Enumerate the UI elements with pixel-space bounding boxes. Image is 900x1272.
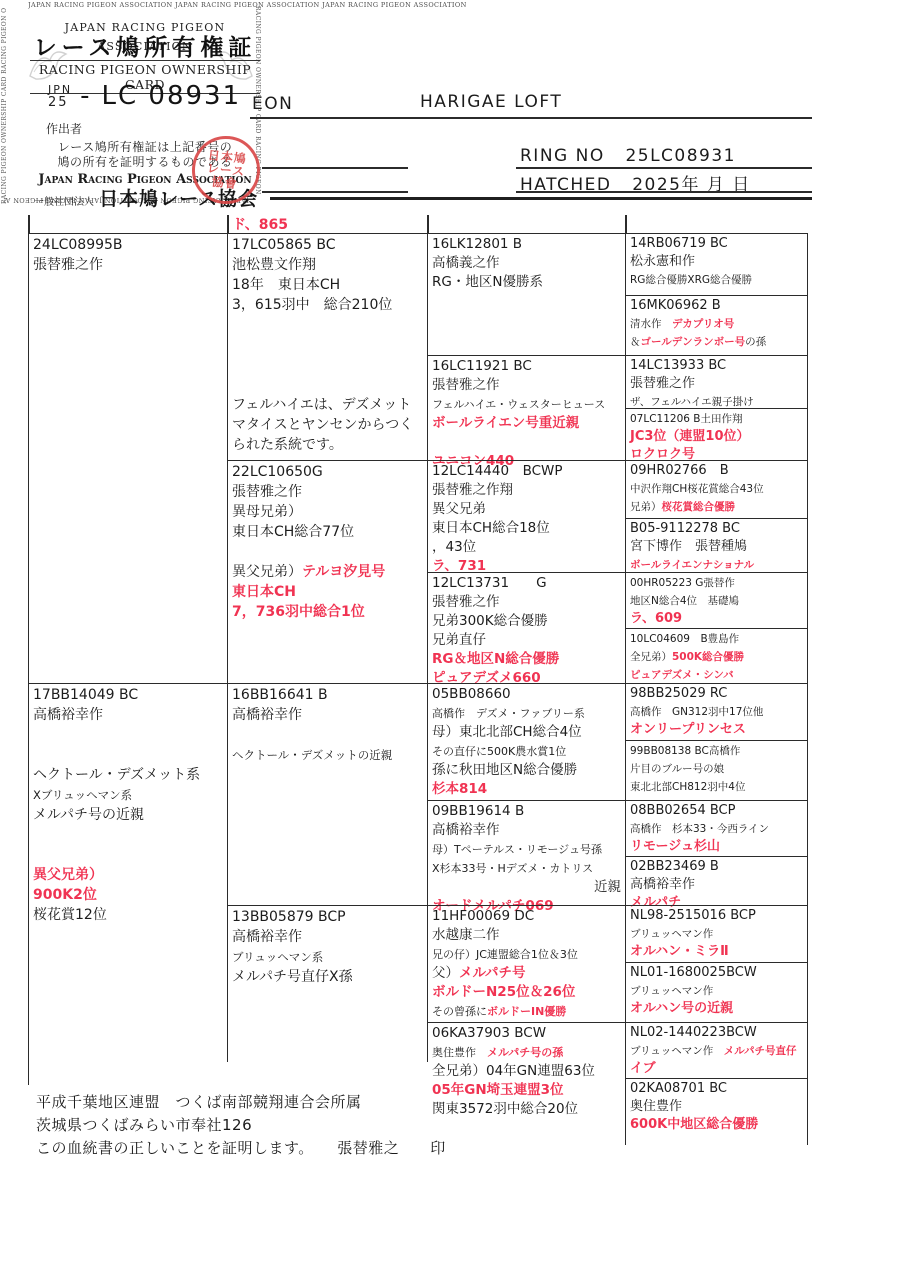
pedigree-cell-08BB02654: 08BB02654 BCP高橋作 杉本33・今西ラインリモージュ杉山 (625, 800, 808, 856)
pedigree-line: 水越康二作 (432, 926, 621, 945)
pedigree-line: 張替雅之作翔 (432, 481, 621, 500)
pedigree-line: 18年 東日本CH (232, 275, 423, 295)
pedigree-line: 全兄弟）500K総合優勝 (630, 648, 803, 666)
pedigree-text: 張替雅之作翔 (432, 482, 513, 498)
pedigree-text: ブリュッヘマン作 (630, 985, 713, 997)
pedigree-line: 10LC04609 B豊島作 (630, 630, 803, 648)
pedigree-line: 兄の仔）JC連盟総合1位＆3位 (432, 945, 621, 964)
pedigree-text: 高橋裕幸作 (33, 707, 103, 723)
pedigree-text: 99BB08138 BC高橋作 (630, 745, 740, 757)
pedigree-text: 98BB25029 RC (630, 686, 727, 701)
pedigree-text: X杉本33号・Hデズメ・カトリス (432, 862, 593, 875)
pedigree-line: 00HR05223 G張替作 (630, 574, 803, 592)
pedigree-line: 張替雅之作 (432, 593, 621, 612)
pedigree-cell-00HR05223: 00HR05223 G張替作地区N総合4位 基礎鳩ラ、609 (625, 572, 808, 628)
pedigree-line: X杉本33号・Hデズメ・カトリス (432, 859, 621, 878)
pedigree-line: 09HR02766 B (630, 462, 803, 480)
pedigree-certificate-page: JAPAN RACING PIGEON ASSOCIATION JAPAN RA… (0, 0, 900, 1272)
pedigree-text: 地区N総合4位 基礎鳩 (630, 595, 739, 607)
pedigree-text: 高橋裕幸作 (630, 877, 695, 892)
pedigree-line: 全兄弟）04年GN連盟63位 (432, 1062, 621, 1081)
pedigree-line: 08BB02654 BCP (630, 802, 803, 820)
pedigree-text: ，43位 (432, 539, 476, 555)
pedigree-cell-17LC05865: 17LC05865 BC池松豊文作翔18年 東日本CH3，615羽中 総合210… (227, 233, 427, 460)
pedigree-line (232, 315, 423, 335)
strip-border-1 (28, 215, 30, 233)
pedigree-line: 東北北部CH812羽中4位 (630, 778, 803, 796)
pedigree-text: RG・地区N優勝系 (432, 274, 543, 290)
pedigree-line: 池松豊文作翔 (232, 255, 423, 275)
pedigree-text: ブリュッヘマン作 (630, 1045, 724, 1057)
pedigree-line: オルハン号の近親 (630, 1000, 803, 1018)
pedigree-text: メルパチ号直仔X孫 (232, 969, 353, 985)
pedigree-line: ブリュッヘマン作 メルパチ号直仔 (630, 1042, 803, 1060)
pedigree-line: 高橋作 GN312羽中17位他 (630, 703, 803, 721)
strip-overflow-text: ド、865 (232, 214, 288, 234)
strip-border-3 (427, 215, 429, 233)
pedigree-line: 異父兄弟）テルヨ汐見号 (232, 562, 423, 582)
pedigree-cell-12LC14440: 12LC14440 BCWP張替雅之作翔異父兄弟東日本CH総合18位，43位ラ、… (427, 460, 625, 572)
pedigree-line: 奥住豊作 メルパチ号の孫 (432, 1043, 621, 1062)
pedigree-cell-12LC13731: 12LC13731 G張替雅之作兄弟300K総合優勝兄弟直仔RG＆地区N総合優勝… (427, 572, 625, 683)
pedigree-highlight-text: ゴールデンランボー号 (641, 336, 746, 348)
pedigree-text: 3，615羽中 総合210位 (232, 297, 392, 313)
pedigree-line: 02KA08701 BC (630, 1080, 803, 1098)
owner-field-line2 (262, 191, 408, 193)
pedigree-line: 900K2位 (33, 885, 223, 905)
pedigree-cell-16MK06962: 16MK06962 B清水作 デカプリオ号＆ゴールデンランボー号の孫 (625, 295, 808, 355)
pedigree-line: その直仔に500K農水賞1位 (432, 742, 621, 761)
pedigree-line (33, 745, 223, 765)
card-series-number: LC 08931 (102, 84, 242, 108)
pedigree-text: 奥住豊作 (630, 1099, 682, 1114)
pedigree-text: 09HR02766 B (630, 463, 729, 478)
pedigree-line: 05BB08660 (432, 685, 621, 704)
footer-certify-line: この血統書の正しいことを証明します。 張替雅之 印 (36, 1137, 446, 1158)
pedigree-line: 近親 (432, 878, 621, 897)
card-border-left-text: RACING PIGEON OWNERSHIP CARD RACING PIGE… (1, 8, 8, 204)
pedigree-line: 張替雅之作 (33, 255, 223, 275)
pedigree-text: 松永憲和作 (630, 254, 695, 269)
pedigree-cell-02KA08701: 02KA08701 BC奥住豊作600K中地区総合優勝 (625, 1078, 808, 1145)
pedigree-line: 地区N総合4位 基礎鳩 (630, 592, 803, 610)
pedigree-highlight-text: ボルドーN25位＆26位 (432, 984, 575, 1000)
pedigree-line: RG・地区N優勝系 (432, 273, 621, 292)
loft-name: HARIGAE LOFT (420, 92, 562, 112)
pedigree-line: 22LC10650G (232, 462, 423, 482)
card-year: 25 (48, 97, 72, 108)
pedigree-highlight-text: ボールライエンナショナル (630, 559, 754, 571)
pedigree-line: 06KA37903 BCW (432, 1024, 621, 1043)
pedigree-highlight-text: 桜花賞総合優勝 (662, 501, 736, 513)
pedigree-cell-11HF00069: 11HF00069 DC水越康二作兄の仔）JC連盟総合1位＆3位父）メルパチ号ボ… (427, 905, 625, 1022)
pedigree-text: NL02-1440223BCW (630, 1025, 757, 1040)
pedigree-text: 張替雅之作 (232, 484, 302, 500)
pedigree-line: 張替雅之作 (432, 376, 621, 395)
pedigree-line: イブ (630, 1060, 803, 1078)
pigeon-word-partial: EON (252, 94, 293, 114)
pedigree-text: ブリュッヘマン作 (630, 928, 713, 940)
pedigree-text: 17LC05865 BC (232, 237, 336, 253)
pedigree-line: 12LC13731 G (432, 574, 621, 593)
owner-field-line1 (262, 167, 408, 169)
pedigree-text: 片目のブルー号の娘 (630, 763, 724, 775)
pedigree-text: 高橋作 杉本33・今西ライン (630, 823, 769, 835)
pedigree-line: 高橋裕幸作 (232, 705, 423, 725)
pedigree-line: 12LC14440 BCWP (432, 462, 621, 481)
pedigree-line: 片目のブルー号の娘 (630, 760, 803, 778)
pedigree-text: 高橋裕幸作 (432, 822, 500, 838)
pedigree-cell-06KA37903: 06KA37903 BCW奥住豊作 メルパチ号の孫全兄弟）04年GN連盟63位0… (427, 1022, 625, 1062)
pedigree-line: NL02-1440223BCW (630, 1024, 803, 1042)
pedigree-cell-05BB08660: 05BB08660高橋作 デズメ・ファブリー系母）東北北部CH総合4位その直仔に… (427, 683, 625, 800)
pedigree-cell-13BB05879: 13BB05879 BCP高橋裕幸作ブリュッヘマン系メルパチ号直仔X孫 (227, 905, 427, 1062)
pedigree-text: 02BB23469 B (630, 859, 719, 874)
pedigree-cell-07LC11206: 07LC11206 B土田作翔JC3位（連盟10位）ロクロク号 (625, 408, 808, 460)
pedigree-line: 松永憲和作 (630, 253, 803, 271)
ring-no-row: RING NO 25LC08931 (520, 146, 736, 166)
pedigree-text: 高橋義之作 (432, 255, 500, 271)
pedigree-text: 東日本CH総合18位 (432, 520, 550, 536)
pedigree-highlight-text: RG＆地区N総合優勝 (432, 651, 559, 667)
pedigree-highlight-text: テルヨ汐見号 (302, 564, 385, 580)
pedigree-cell-09BB19614: 09BB19614 B高橋裕幸作母）Tペーテルス・リモージュ号孫X杉本33号・H… (427, 800, 625, 905)
pedigree-text: その曾孫に (432, 1005, 487, 1018)
pedigree-line: 14LC13933 BC (630, 357, 803, 375)
card-breeder-label: 作出者 (46, 120, 82, 137)
pedigree-highlight-text: メルパチ号直仔 (724, 1045, 797, 1057)
pedigree-text: 全兄弟）04年GN連盟63位 (432, 1063, 595, 1079)
pedigree-highlight-text: メルパチ号 (459, 965, 526, 981)
pedigree-line: 09BB19614 B (432, 802, 621, 821)
pedigree-text: NL98-2515016 BCP (630, 908, 756, 923)
card-ring-id: JPN 25 - LC 08931 (48, 84, 241, 108)
loft-underline (250, 117, 812, 119)
card-title-jp: レース鳩所有権証 (30, 29, 260, 62)
pedigree-highlight-text: 500K総合優勝 (672, 651, 744, 663)
pedigree-line: 99BB08138 BC高橋作 (630, 742, 803, 760)
pedigree-line (232, 542, 423, 562)
pedigree-line: B05-9112278 BC (630, 520, 803, 538)
pedigree-text: 00HR05223 G張替作 (630, 577, 735, 589)
pedigree-text: 張替雅之作 (432, 377, 500, 393)
pedigree-cell-14RB06719: 14RB06719 BC松永憲和作RG総合優勝XRG総合優勝 (625, 233, 808, 295)
pedigree-text: 高橋作 デズメ・ファブリー系 (432, 707, 585, 720)
pedigree-line: 高橋裕幸作 (33, 705, 223, 725)
pedigree-cell-17BB14049: 17BB14049 BC高橋裕幸作 ヘクトール・デズメット系Xブリュッヘマン系メ… (28, 683, 227, 1085)
pedigree-line: 16BB16641 B (232, 685, 423, 705)
pedigree-line: 05年GN埼玉連盟3位 (432, 1081, 621, 1100)
pedigree-text: 兄弟300K総合優勝 (432, 613, 548, 629)
pedigree-line: ボルドーN25位＆26位 (432, 983, 621, 1002)
pedigree-text: 02KA08701 BC (630, 1081, 727, 1096)
pedigree-line: 張替雅之作 (630, 375, 803, 393)
pedigree-highlight-text: イブ (630, 1061, 656, 1076)
pedigree-text: ブリュッヘマン系 (232, 950, 323, 964)
pedigree-highlight-text: ラ、609 (630, 611, 682, 626)
card-id-dash: - (80, 84, 91, 108)
ring-no-label: RING NO (520, 146, 605, 166)
pedigree-text: ヘクトール・デズメット系 (33, 767, 200, 783)
pedigree-highlight-text: JC3位（連盟10位） (630, 429, 750, 444)
pedigree-highlight-text: 900K2位 (33, 887, 97, 903)
pedigree-highlight-text: 05年GN埼玉連盟3位 (432, 1082, 564, 1098)
header-divider-line (270, 197, 812, 200)
pedigree-line: 兄弟300K総合優勝 (432, 612, 621, 631)
pedigree-cell-NL98-2515016: NL98-2515016 BCPブリュッヘマン作オルハン・ミラⅡ (625, 905, 808, 962)
pedigree-line: 11HF00069 DC (432, 907, 621, 926)
pedigree-text: 母）東北北部CH総合4位 (432, 724, 582, 740)
hatched-underline (516, 191, 812, 193)
pedigree-text: B05-9112278 BC (630, 521, 740, 536)
pedigree-text: 水越康二作 (432, 927, 500, 943)
pedigree-text: 張替雅之作 (630, 376, 695, 391)
pedigree-line: 07LC11206 B土田作翔 (630, 410, 803, 428)
pedigree-line: 高橋裕幸作 (630, 876, 803, 894)
pedigree-line: 桜花賞12位 (33, 905, 223, 925)
pedigree-cell-NL02-1440223: NL02-1440223BCWブリュッヘマン作 メルパチ号直仔イブ (625, 1022, 808, 1078)
footer-federation-line: 平成千葉地区連盟 つくば南部競翔連合会所属 (36, 1091, 362, 1112)
pedigree-line: 13BB05879 BCP (232, 907, 423, 927)
pedigree-cell-09HR02766: 09HR02766 B中沢作翔CH桜花賞総合43位兄弟）桜花賞総合優勝 (625, 460, 808, 518)
pedigree-line: ，43位 (432, 538, 621, 557)
pedigree-line: Xブリュッヘマン系 (33, 785, 223, 805)
pedigree-line: 中沢作翔CH桜花賞総合43位 (630, 480, 803, 498)
pedigree-text: ＆ (630, 336, 641, 348)
pedigree-text: 異母兄弟） (232, 504, 302, 520)
pedigree-highlight-text: デカプリオ号 (672, 318, 734, 330)
pedigree-cell-16LC11921: 16LC11921 BC張替雅之作フェルハイエ・ウェスターヒュースボールライエン… (427, 355, 625, 460)
pedigree-line (232, 355, 423, 375)
pedigree-text: 16LK12801 B (432, 236, 522, 252)
pedigree-highlight-text: 杉本814 (432, 781, 487, 797)
pedigree-line: 高橋裕幸作 (432, 821, 621, 840)
pedigree-highlight-text: 600K中地区総合優勝 (630, 1117, 758, 1132)
pedigree-line: メルパチ号直仔X孫 (232, 967, 423, 987)
pedigree-line: オルハン・ミラⅡ (630, 943, 803, 961)
pedigree-line (33, 845, 223, 865)
pedigree-text: 東北北部CH812羽中4位 (630, 781, 745, 793)
pedigree-cell-99BB08138: 99BB08138 BC高橋作片目のブルー号の娘東北北部CH812羽中4位 (625, 740, 808, 800)
pedigree-text: 父） (432, 965, 459, 981)
pedigree-line: 兄弟直仔 (432, 631, 621, 650)
pedigree-text: フェルハイエ・ウェスターヒュース (432, 398, 605, 411)
pedigree-line: 高橋裕幸作 (232, 927, 423, 947)
card-border-top-text: JAPAN RACING PIGEON ASSOCIATION JAPAN RA… (28, 1, 804, 9)
card-country-code: JPN (48, 84, 72, 95)
pedigree-text: 14LC13933 BC (630, 358, 726, 373)
pedigree-line: 17BB14049 BC (33, 685, 223, 705)
pedigree-text: 異父兄弟 (432, 501, 486, 517)
pedigree-line: 600K中地区総合優勝 (630, 1116, 803, 1134)
pedigree-cell-22LC10650G: 22LC10650G張替雅之作異母兄弟）東日本CH総合77位 異父兄弟）テルヨ汐… (227, 460, 427, 683)
pedigree-text: フェルハイエは、デズメット (232, 397, 411, 413)
pedigree-line: その曾孫にボルドーIN優勝 (432, 1002, 621, 1021)
pedigree-line: ブリュッヘマン系 (232, 947, 423, 967)
pedigree-text: 宮下博作 張替種鳩 (630, 539, 747, 554)
pedigree-text: 池松豊文作翔 (232, 257, 316, 273)
pedigree-highlight-text: オンリープリンセス (630, 722, 746, 737)
pedigree-text: 兄の仔）JC連盟総合1位＆3位 (432, 948, 578, 961)
pedigree-highlight-text: ピュアデズメ・シンバ (630, 669, 734, 681)
pedigree-cell-24LC08995B: 24LC08995B張替雅之作 (28, 233, 227, 683)
ring-no-value: 25LC08931 (625, 146, 736, 166)
pedigree-text: 24LC08995B (33, 237, 123, 253)
pedigree-line: ブリュッヘマン作 (630, 982, 803, 1000)
pedigree-text: 東日本CH総合77位 (232, 524, 354, 540)
pedigree-line (232, 335, 423, 355)
pedigree-text: 張替雅之作 (432, 594, 500, 610)
pedigree-line: 孫に秋田地区N総合優勝 (432, 761, 621, 780)
pedigree-cell-10LC04609: 10LC04609 B豊島作全兄弟）500K総合優勝ピュアデズメ・シンバ (625, 628, 808, 683)
pedigree-line: ピュアデズメ・シンバ (630, 666, 803, 684)
strip-border-4 (625, 215, 627, 233)
pedigree-line: 3，615羽中 総合210位 (232, 295, 423, 315)
pedigree-cell-98BB25029: 98BB25029 RC高橋作 GN312羽中17位他オンリープリンセス (625, 683, 808, 740)
pedigree-line (33, 725, 223, 745)
pedigree-text: の孫 (745, 336, 766, 348)
pedigree-text: 06KA37903 BCW (432, 1025, 546, 1041)
pedigree-text: 12LC13731 G (432, 575, 547, 591)
pedigree-line: 兄弟）桜花賞総合優勝 (630, 498, 803, 516)
pedigree-line: 16MK06962 B (630, 297, 803, 315)
pedigree-text: 張替雅之作 (33, 257, 103, 273)
pedigree-line: 奥住豊作 (630, 1098, 803, 1116)
pedigree-line: 7，736羽中総合1位 (232, 602, 423, 622)
pedigree-highlight-text: オルハン号の近親 (630, 1001, 733, 1016)
pedigree-text: られた系統です。 (232, 437, 343, 453)
pedigree-text: 17BB14049 BC (33, 687, 138, 703)
pedigree-text: Xブリュッヘマン系 (33, 788, 132, 802)
pedigree-cell-16BB16641: 16BB16641 B高橋裕幸作 ヘクトール・デズメットの近親 (227, 683, 427, 905)
pedigree-line (432, 433, 621, 452)
pedigree-line: ラ、609 (630, 610, 803, 628)
pedigree-text: 高橋裕幸作 (232, 929, 302, 945)
pedigree-cell-02BB23469: 02BB23469 B高橋裕幸作メルパチ (625, 856, 808, 905)
pedigree-line: JC3位（連盟10位） (630, 428, 803, 446)
pedigree-line (232, 375, 423, 395)
pedigree-line: 関東3572羽中総合20位 (432, 1100, 621, 1119)
pedigree-highlight-text: メルパチ号の孫 (487, 1046, 563, 1059)
pedigree-line: リモージュ杉山 (630, 838, 803, 856)
pedigree-text: 桜花賞12位 (33, 907, 107, 923)
pedigree-line: NL01-1680025BCW (630, 964, 803, 982)
pedigree-line: 異父兄弟 (432, 500, 621, 519)
pedigree-line: 清水作 デカプリオ号 (630, 315, 803, 333)
pedigree-line: 父）メルパチ号 (432, 964, 621, 983)
pedigree-text: 12LC14440 BCWP (432, 463, 563, 479)
pedigree-text: 14RB06719 BC (630, 236, 728, 251)
pedigree-text: 高橋裕幸作 (232, 707, 302, 723)
pedigree-line: 16LC11921 BC (432, 357, 621, 376)
pedigree-text: ヘクトール・デズメットの近親 (232, 748, 392, 762)
pedigree-cell-14LC13933: 14LC13933 BC張替雅之作ザ、フェルハイエ親子掛け (625, 355, 808, 408)
pedigree-text: NL01-1680025BCW (630, 965, 757, 980)
pedigree-text: その直仔に500K農水賞1位 (432, 745, 566, 758)
pedigree-text: 母）Tペーテルス・リモージュ号孫 (432, 843, 602, 856)
pedigree-highlight-text: 東日本CH (232, 584, 296, 600)
pedigree-line: 24LC08995B (33, 235, 223, 255)
pedigree-text: 05BB08660 (432, 686, 511, 702)
pedigree-text: 中沢作翔CH桜花賞総合43位 (630, 483, 764, 495)
pedigree-line: 異父兄弟） (33, 865, 223, 885)
pedigree-highlight-text: ボールライエン号重近親 (432, 415, 579, 431)
pedigree-text: 22LC10650G (232, 464, 323, 480)
pedigree-line: 98BB25029 RC (630, 685, 803, 703)
pedigree-text: 08BB02654 BCP (630, 803, 735, 818)
pedigree-line: 東日本CH総合77位 (232, 522, 423, 542)
pedigree-line: 母）Tペーテルス・リモージュ号孫 (432, 840, 621, 859)
pedigree-line: 14RB06719 BC (630, 235, 803, 253)
pedigree-line: 16LK12801 B (432, 235, 621, 254)
pedigree-highlight-text: ボルドーIN優勝 (487, 1005, 566, 1018)
ring-no-underline (516, 167, 812, 169)
pedigree-highlight-text: オルハン・ミラⅡ (630, 944, 729, 959)
pedigree-highlight-text: 異父兄弟） (33, 867, 103, 883)
pedigree-line: 杉本814 (432, 780, 621, 799)
pedigree-cell-16LK12801: 16LK12801 B高橋義之作RG・地区N優勝系 (427, 233, 625, 355)
pedigree-text: 16MK06962 B (630, 298, 721, 313)
pedigree-line: ブリュッヘマン作 (630, 925, 803, 943)
pedigree-line: 東日本CH総合18位 (432, 519, 621, 538)
pedigree-highlight-text: リモージュ杉山 (630, 839, 720, 854)
pedigree-line: RG＆地区N総合優勝 (432, 650, 621, 669)
pedigree-line: 母）東北北部CH総合4位 (432, 723, 621, 742)
footer-address-line: 茨城県つくばみらい市奉社126 (36, 1114, 252, 1135)
pedigree-line: ボールライエン号重近親 (432, 414, 621, 433)
pedigree-text: 近親 (594, 879, 621, 895)
pedigree-text: 10LC04609 B豊島作 (630, 633, 739, 645)
pedigree-line: 張替雅之作 (232, 482, 423, 502)
pedigree-text: 16BB16641 B (232, 687, 328, 703)
pedigree-line: ヘクトール・デズメット系 (33, 765, 223, 785)
pedigree-line: ＆ゴールデンランボー号の孫 (630, 333, 803, 351)
strip-border-2 (227, 215, 229, 233)
pedigree-text: 奥住豊作 (432, 1046, 487, 1059)
pedigree-line: 高橋作 デズメ・ファブリー系 (432, 704, 621, 723)
pedigree-line: RG総合優勝XRG総合優勝 (630, 271, 803, 289)
pedigree-line (232, 725, 423, 745)
pedigree-text: 兄弟） (630, 501, 662, 513)
pedigree-text: 兄弟直仔 (432, 632, 486, 648)
pedigree-text: メルパチ号の近親 (33, 807, 144, 823)
pedigree-text: 16LC11921 BC (432, 358, 532, 374)
pedigree-text: 13BB05879 BCP (232, 909, 346, 925)
pedigree-text: 全兄弟） (630, 651, 672, 663)
pedigree-line: オンリープリンセス (630, 721, 803, 739)
pedigree-line: られた系統です。 (232, 435, 423, 455)
pedigree-text: ザ、フェルハイエ親子掛け (630, 396, 754, 408)
pedigree-line: 高橋作 杉本33・今西ライン (630, 820, 803, 838)
pedigree-text: 孫に秋田地区N総合優勝 (432, 762, 577, 778)
pedigree-line: 02BB23469 B (630, 858, 803, 876)
pedigree-line: メルパチ号の近親 (33, 805, 223, 825)
pedigree-line: 東日本CH (232, 582, 423, 602)
pedigree-line: NL98-2515016 BCP (630, 907, 803, 925)
pedigree-line: 高橋義之作 (432, 254, 621, 273)
pedigree-cell-NL01-1680025: NL01-1680025BCWブリュッヘマン作オルハン号の近親 (625, 962, 808, 1022)
pedigree-text: 高橋作 GN312羽中17位他 (630, 706, 763, 718)
pedigree-line: マタイスとヤンセンからつく (232, 415, 423, 435)
pedigree-text: 清水作 (630, 318, 672, 330)
pedigree-line: フェルハイエは、デズメット (232, 395, 423, 415)
pedigree-line: 17LC05865 BC (232, 235, 423, 255)
pedigree-text: 18年 東日本CH (232, 277, 340, 293)
pedigree-text: 関東3572羽中総合20位 (432, 1101, 578, 1117)
pedigree-cell-B05-9112278: B05-9112278 BC宮下博作 張替種鳩ボールライエンナショナル (625, 518, 808, 572)
pedigree-text: 09BB19614 B (432, 803, 524, 819)
pedigree-text: 異父兄弟） (232, 564, 302, 580)
